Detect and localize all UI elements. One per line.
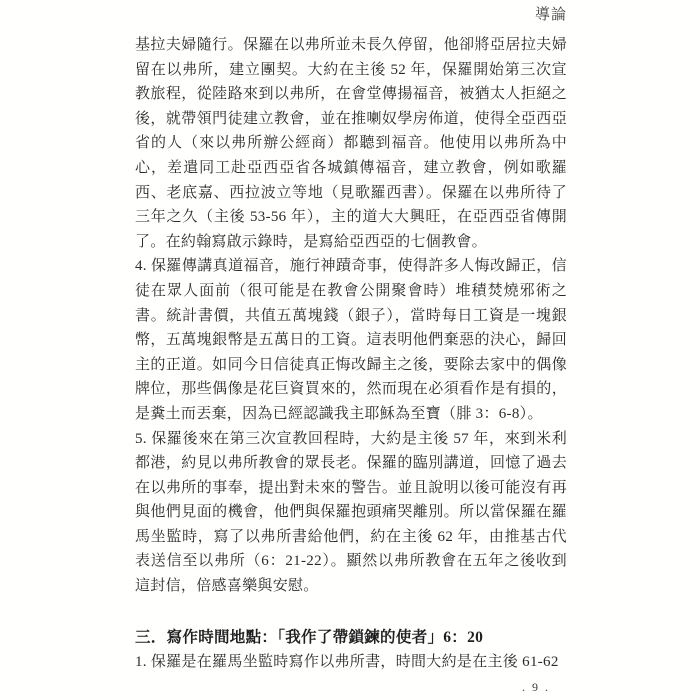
text-block: 基拉夫婦隨行。保羅在以弗所並未長久停留，他卻將亞居拉夫婦留在以弗所，建立團契。大… — [135, 33, 567, 675]
section-heading: 三．寫作時間地點：「我作了帶鎖鍊的使者」6：20 — [135, 626, 567, 651]
paragraph-item-5: 5. 保羅後來在第三次宣教回程時，大約是主後 57 年，來到米利都港，約見以弗所… — [135, 427, 567, 599]
running-header: 導論 — [135, 3, 567, 24]
paragraph-item-1: 1. 保羅是在羅馬坐監時寫作以弗所書，時間大約是在主後 61-62 — [135, 650, 567, 675]
page-number: . 9 . — [522, 680, 550, 695]
paragraph-item-4: 4. 保羅傳講真道福音，施行神蹟奇事，使得許多人悔改歸正，信徒在眾人面前（很可能… — [135, 254, 567, 426]
book-page: 導論 基拉夫婦隨行。保羅在以弗所並未長久停留，他卻將亞居拉夫婦留在以弗所，建立團… — [0, 0, 700, 700]
paragraph-continuation: 基拉夫婦隨行。保羅在以弗所並未長久停留，他卻將亞居拉夫婦留在以弗所，建立團契。大… — [135, 33, 567, 254]
